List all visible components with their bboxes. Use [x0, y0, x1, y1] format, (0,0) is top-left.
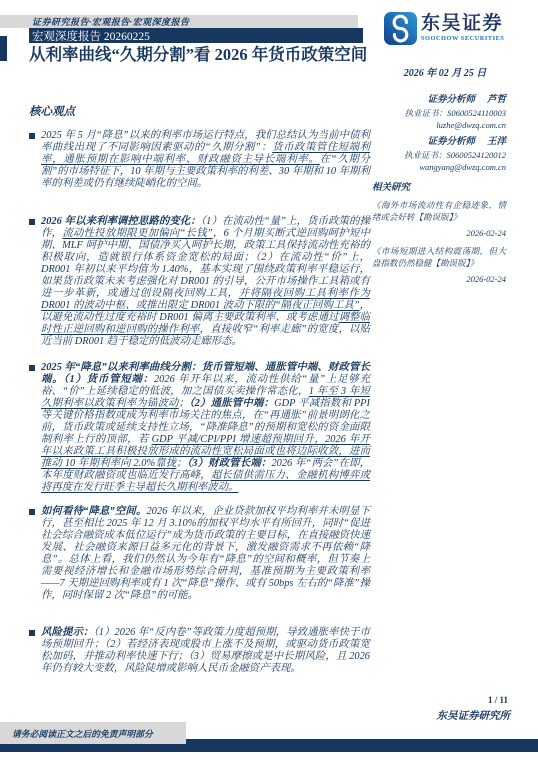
- research-institute: 东吴证券研究所: [437, 708, 511, 723]
- core-viewpoints-section: 核心观点 2025 年 5 月“降息”以来的利率市场运行特点，我们总结认为当前中…: [29, 103, 370, 675]
- analyst-email-link[interactable]: luzhe@dwzq.com.cn: [356, 120, 506, 130]
- brand-name-cn: 东吴证券: [421, 13, 504, 35]
- breadcrumb-bar: 证券研究报告·宏观报告·宏观深度报告: [0, 15, 358, 28]
- core-point-item: 2026 年以来利率调控思路的变化：（1）在流动性“量”上，货币政策的操作，流动…: [29, 216, 370, 348]
- core-point-item: 2025 年“降息”以来利率曲线分割：货币管短端、通胀管中端、财政管长端。（1）…: [29, 362, 370, 494]
- risk-warning-text: 风险提示：（1）2026 年“反内卷”等政策力度超预期，导致通胀率快于市场预期回…: [41, 627, 370, 675]
- analyst-name: 王洋: [487, 137, 506, 147]
- core-point-text: 如何看待“降息”空间。2026 年以来，企业贷款加权平均利率并未明显下行，甚至相…: [41, 506, 370, 602]
- related-research-heading: 相关研究: [372, 179, 506, 193]
- breadcrumb: 证券研究报告·宏观报告·宏观深度报告: [32, 15, 190, 28]
- analyst-email-link[interactable]: wangyang@dwzq.com.cn: [356, 162, 506, 172]
- analyst-cert: 执业证书：S0600524110003: [356, 107, 506, 119]
- analyst-role-label: 证券分析师: [427, 95, 475, 105]
- analyst-block: 证券分析师芦哲 执业证书：S0600524110003 luzhe@dwzq.c…: [356, 88, 506, 172]
- analyst-role-row: 证券分析师王洋: [356, 133, 506, 147]
- disclaimer-box: 请务必阅读正文之后的免责声明部分: [0, 722, 186, 744]
- report-type-banner: 宏观深度报告 20260225: [29, 28, 363, 43]
- analyst-cert: 执业证书：S0600524120012: [356, 149, 506, 161]
- core-point-text: 2025 年 5 月“降息”以来的利率市场运行特点，我们总结认为当前中债利率曲线…: [41, 130, 370, 190]
- core-point-item: 如何看待“降息”空间。2026 年以来，企业贷款加权平均利率并未明显下行，甚至相…: [29, 506, 370, 602]
- left-accent-block: [0, 36, 7, 61]
- brand-name-en: SOOCHOW SECURITIES: [421, 35, 504, 42]
- analyst-role-label: 证券分析师: [427, 137, 475, 147]
- bullet-square-icon: [29, 509, 35, 515]
- report-type-label: 宏观深度报告 20260225: [32, 28, 150, 44]
- brand-name: 东吴证券 SOOCHOW SECURITIES: [421, 13, 504, 42]
- related-research: 相关研究 《海外市场流动性有企稳迹象，情绪或会好转【勘误版】》 2026-02-…: [372, 179, 506, 292]
- brand-logo: 东吴证券 SOOCHOW SECURITIES: [384, 12, 504, 50]
- core-viewpoints-heading: 核心观点: [29, 103, 370, 119]
- disclaimer-text: 请务必阅读正文之后的免责声明部分: [12, 727, 153, 740]
- bullet-square-icon: [29, 133, 35, 139]
- core-point-item: 风险提示：（1）2026 年“反内卷”等政策力度超预期，导致通胀率快于市场预期回…: [29, 627, 370, 675]
- analyst-name: 芦哲: [487, 95, 506, 105]
- analyst-role-row: 证券分析师芦哲: [356, 91, 506, 105]
- core-point-text: 2026 年以来利率调控思路的变化：（1）在流动性“量”上，货币政策的操作，流动…: [41, 216, 370, 348]
- bullet-square-icon: [29, 630, 35, 636]
- related-research-date: 2026-02-24: [372, 274, 506, 284]
- core-point-item: 2025 年 5 月“降息”以来的利率市场运行特点，我们总结认为当前中债利率曲线…: [29, 130, 370, 190]
- page-number: 1 / 11: [488, 695, 508, 705]
- related-research-date: 2026-02-24: [372, 228, 506, 238]
- related-research-link[interactable]: 《市场短期进入结构震荡期，但大盘指数仍然稳健【勘误版】》: [372, 246, 506, 270]
- bullet-square-icon: [29, 219, 35, 225]
- core-point-text: 2025 年“降息”以来利率曲线分割：货币管短端、通胀管中端、财政管长端。（1）…: [41, 362, 370, 494]
- report-page: 证券研究报告·宏观报告·宏观深度报告 宏观深度报告 20260225 东吴证券 …: [0, 0, 538, 760]
- bullet-square-icon: [29, 365, 35, 371]
- report-date: 2026 年 02 月 25 日: [382, 64, 508, 79]
- report-title: 从利率曲线“久期分割”看 2026 年货币政策空间: [29, 45, 373, 65]
- related-research-link[interactable]: 《海外市场流动性有企稳迹象，情绪或会好转【勘误版】》: [372, 200, 506, 224]
- soochow-swirl-icon: [384, 12, 417, 50]
